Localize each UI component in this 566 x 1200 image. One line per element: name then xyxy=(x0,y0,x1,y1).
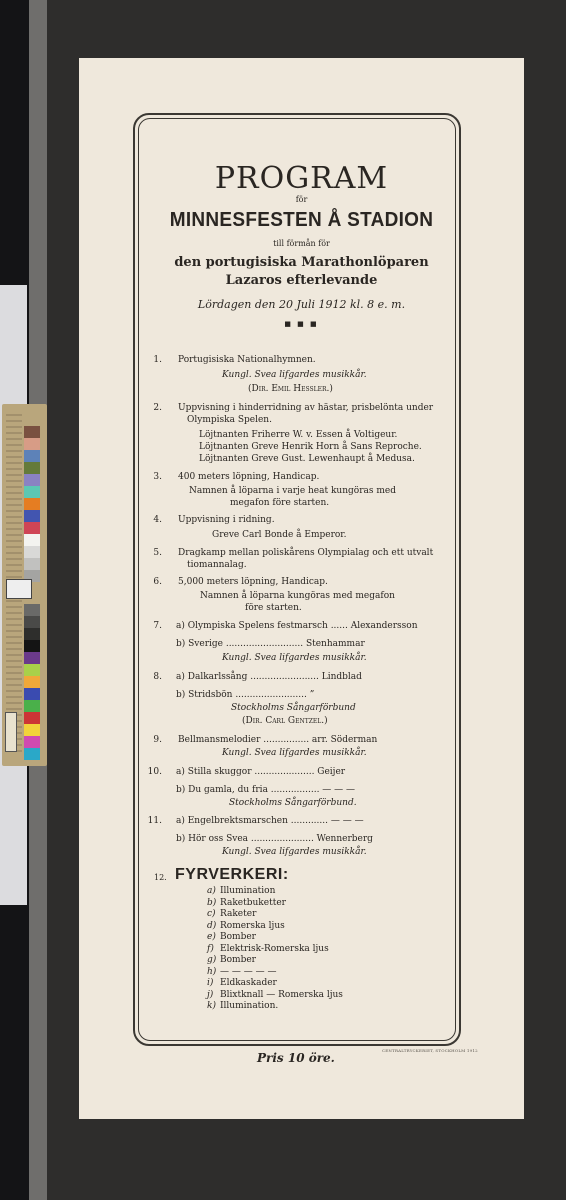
performer: Kungl. Svea lifgardes musikkår. xyxy=(222,847,367,857)
music-piece: Bellmansmelodier ................ arr. S… xyxy=(178,735,377,745)
benefit-text: till förmån för xyxy=(79,239,524,248)
music-piece: a) Dalkarlssång ........................… xyxy=(176,672,362,682)
item-note: Namnen å löparna i varje heat kungöras m… xyxy=(189,486,396,496)
fireworks-item: g)Bomber xyxy=(207,955,256,965)
item-number: 7. xyxy=(142,621,162,632)
fireworks-item: e)Bomber xyxy=(207,932,256,942)
event-date: Lördagen den 20 Juli 1912 kl. 8 e. m. xyxy=(79,298,524,311)
subtitle-line-2: Lazaros efterlevande xyxy=(79,273,524,288)
fireworks-item: b)Raketbuketter xyxy=(207,898,286,908)
item-text: Olympiska Spelen. xyxy=(187,415,272,425)
ornament: ■ ■ ■ xyxy=(79,320,524,328)
fireworks-item: c)Raketer xyxy=(207,909,256,919)
item-number: 1. xyxy=(142,355,162,366)
program-sheet: PROGRAM för MINNESFESTEN Å STADION till … xyxy=(79,58,524,1119)
rider: Löjtnanten Greve Henrik Horn å Sans Repr… xyxy=(199,442,422,452)
color-swatches-bottom xyxy=(24,604,40,760)
fireworks-title: FYRVERKERI: xyxy=(175,866,289,884)
music-piece: b) Sverige ........................... S… xyxy=(176,639,365,649)
item-text: 5,000 meters löpning, Handicap. xyxy=(178,577,328,587)
for-text: för xyxy=(79,195,524,204)
performer: Stockholms Sångarförbund xyxy=(231,703,356,713)
scale-badge xyxy=(6,579,32,599)
price: Pris 10 öre. xyxy=(257,1051,335,1065)
color-swatches-top xyxy=(24,426,40,582)
rider: Löjtnanten Friherre W. v. Essen å Voltig… xyxy=(199,430,397,440)
item-number: 5. xyxy=(142,548,162,559)
fireworks-item: h)— — — — — xyxy=(207,967,276,977)
performer: Kungl. Svea lifgardes musikkår. xyxy=(222,653,367,663)
director: (Dir. Emil Hessler.) xyxy=(248,384,333,394)
item-number: 10. xyxy=(142,767,162,778)
item-text: Portugisiska Nationalhymnen. xyxy=(178,355,316,365)
music-piece: b) Du gamla, du fria ................. —… xyxy=(176,785,355,795)
rider: Greve Carl Bonde å Emperor. xyxy=(212,530,346,540)
music-piece: b) Stridsbön ......................... ” xyxy=(176,690,314,700)
fireworks-item: d)Romerska ljus xyxy=(207,921,285,931)
performer: Stockholms Sångarförbund. xyxy=(229,798,357,808)
fireworks-item: f)Elektrisk-Romerska ljus xyxy=(207,944,329,954)
color-calibration-card xyxy=(2,404,47,766)
item-text: Dragkamp mellan poliskårens Olympialag o… xyxy=(178,548,433,558)
item-text: Uppvisning i ridning. xyxy=(178,515,275,525)
director: (Dir. Carl Gentzel.) xyxy=(242,716,328,726)
subtitle-line-1: den portugisiska Marathonlöparen xyxy=(79,255,524,270)
item-number: 9. xyxy=(142,735,162,746)
music-piece: a) Stilla skuggor ..................... … xyxy=(176,767,345,777)
item-number: 3. xyxy=(142,472,162,483)
fireworks-item: a)Illumination xyxy=(207,886,275,896)
page-title: PROGRAM xyxy=(79,161,524,196)
item-number: 8. xyxy=(142,672,162,683)
item-note: Namnen å löparna kungöras med megafon xyxy=(200,591,395,601)
fireworks-item: k)Illumination. xyxy=(207,1001,278,1011)
item-note: före starten. xyxy=(245,603,302,613)
music-piece: b) Hör oss Svea ...................... W… xyxy=(176,834,373,844)
item-text: Uppvisning i hinderridning av hästar, pr… xyxy=(178,403,433,413)
item-number: 4. xyxy=(142,515,162,526)
item-number: 11. xyxy=(142,816,162,827)
item-note: megafon före starten. xyxy=(230,498,329,508)
music-piece: a) Olympiska Spelens festmarsch ...... A… xyxy=(176,621,418,631)
music-piece: a) Engelbrektsmarschen ............. — —… xyxy=(176,816,364,826)
item-text: 400 meters löpning, Handicap. xyxy=(178,472,319,482)
fireworks-item: i)Eldkaskader xyxy=(207,978,277,988)
fireworks-item: j)Blixtknall — Romerska ljus xyxy=(207,990,343,1000)
item-text: tiomannalag. xyxy=(187,560,247,570)
card-id-label xyxy=(5,712,17,752)
rider: Löjtnanten Greve Gust. Lewenhaupt å Medu… xyxy=(199,454,415,464)
item-number: 6. xyxy=(142,577,162,588)
item-number: 2. xyxy=(142,403,162,414)
event-title: MINNESFESTEN Å STADION xyxy=(90,209,513,232)
item-number: 12. xyxy=(154,873,167,882)
performer: Kungl. Svea lifgardes musikkår. xyxy=(222,748,367,758)
performer: Kungl. Svea lifgardes musikkår. xyxy=(222,370,367,380)
printer-imprint: CENTRALTRYCKERIET, STOCKHOLM 1912 xyxy=(382,1048,478,1053)
